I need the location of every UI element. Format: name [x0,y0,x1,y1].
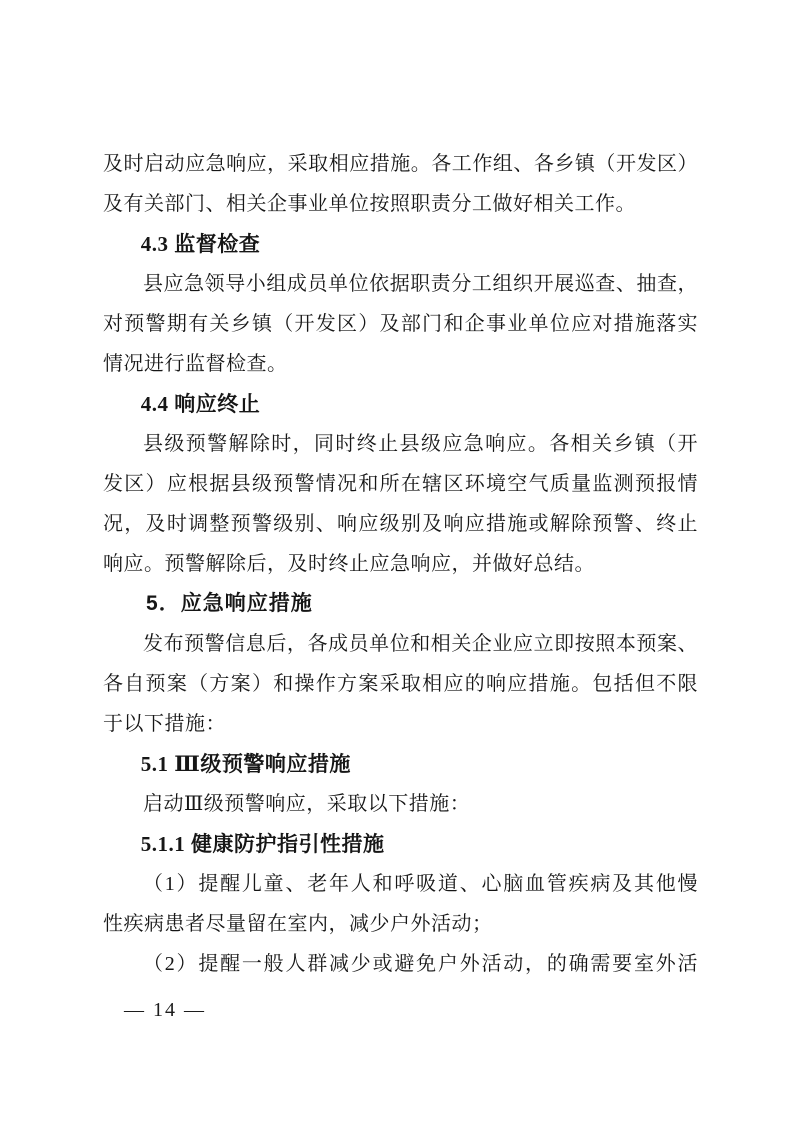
text-line: 况，及时调整预警级别、响应级别及响应措施或解除预警、终止 [103,504,698,544]
text-line: 对预警期有关乡镇（开发区）及部门和企事业单位应对措施落实 [103,304,698,344]
text-line: （1）提醒儿童、老年人和呼吸道、心脑血管疾病及其他慢 [103,864,698,904]
text-line: 各自预案（方案）和操作方案采取相应的响应措施。包括但不限 [103,664,698,704]
text-line: 性疾病患者尽量留在室内，减少户外活动； [103,904,698,944]
section-heading: 5.1 Ⅲ级预警响应措施 [103,744,698,784]
text-line: 发布预警信息后，各成员单位和相关企业应立即按照本预案、 [103,624,698,664]
section-heading: 5．应急响应措施 [103,584,698,624]
section-heading: 5.1.1 健康防护指引性措施 [103,824,698,864]
text-line: 县应急领导小组成员单位依据职责分工组织开展巡查、抽查， [103,264,698,304]
text-line: 及有关部门、相关企事业单位按照职责分工做好相关工作。 [103,184,698,224]
text-line: 于以下措施： [103,704,698,744]
section-heading: 4.4 响应终止 [103,384,698,424]
document-body-text: 及时启动应急响应，采取相应措施。各工作组、各乡镇（开发区）及有关部门、相关企事业… [103,144,698,984]
text-line: 发区）应根据县级预警情况和所在辖区环境空气质量监测预报情 [103,464,698,504]
text-line: 响应。预警解除后，及时终止应急响应，并做好总结。 [103,544,698,584]
text-line: 启动Ⅲ级预警响应，采取以下措施： [103,784,698,824]
page-footer: — 14 — [124,995,206,1025]
text-line: 情况进行监督检查。 [103,344,698,384]
text-line: 及时启动应急响应，采取相应措施。各工作组、各乡镇（开发区） [103,144,698,184]
document-page: 及时启动应急响应，采取相应措施。各工作组、各乡镇（开发区）及有关部门、相关企事业… [0,0,793,1122]
text-line: 县级预警解除时，同时终止县级应急响应。各相关乡镇（开 [103,424,698,464]
section-heading: 4.3 监督检查 [103,224,698,264]
page-number: — 14 — [124,999,206,1021]
text-line: （2）提醒一般人群减少或避免户外活动，的确需要室外活 [103,944,698,984]
